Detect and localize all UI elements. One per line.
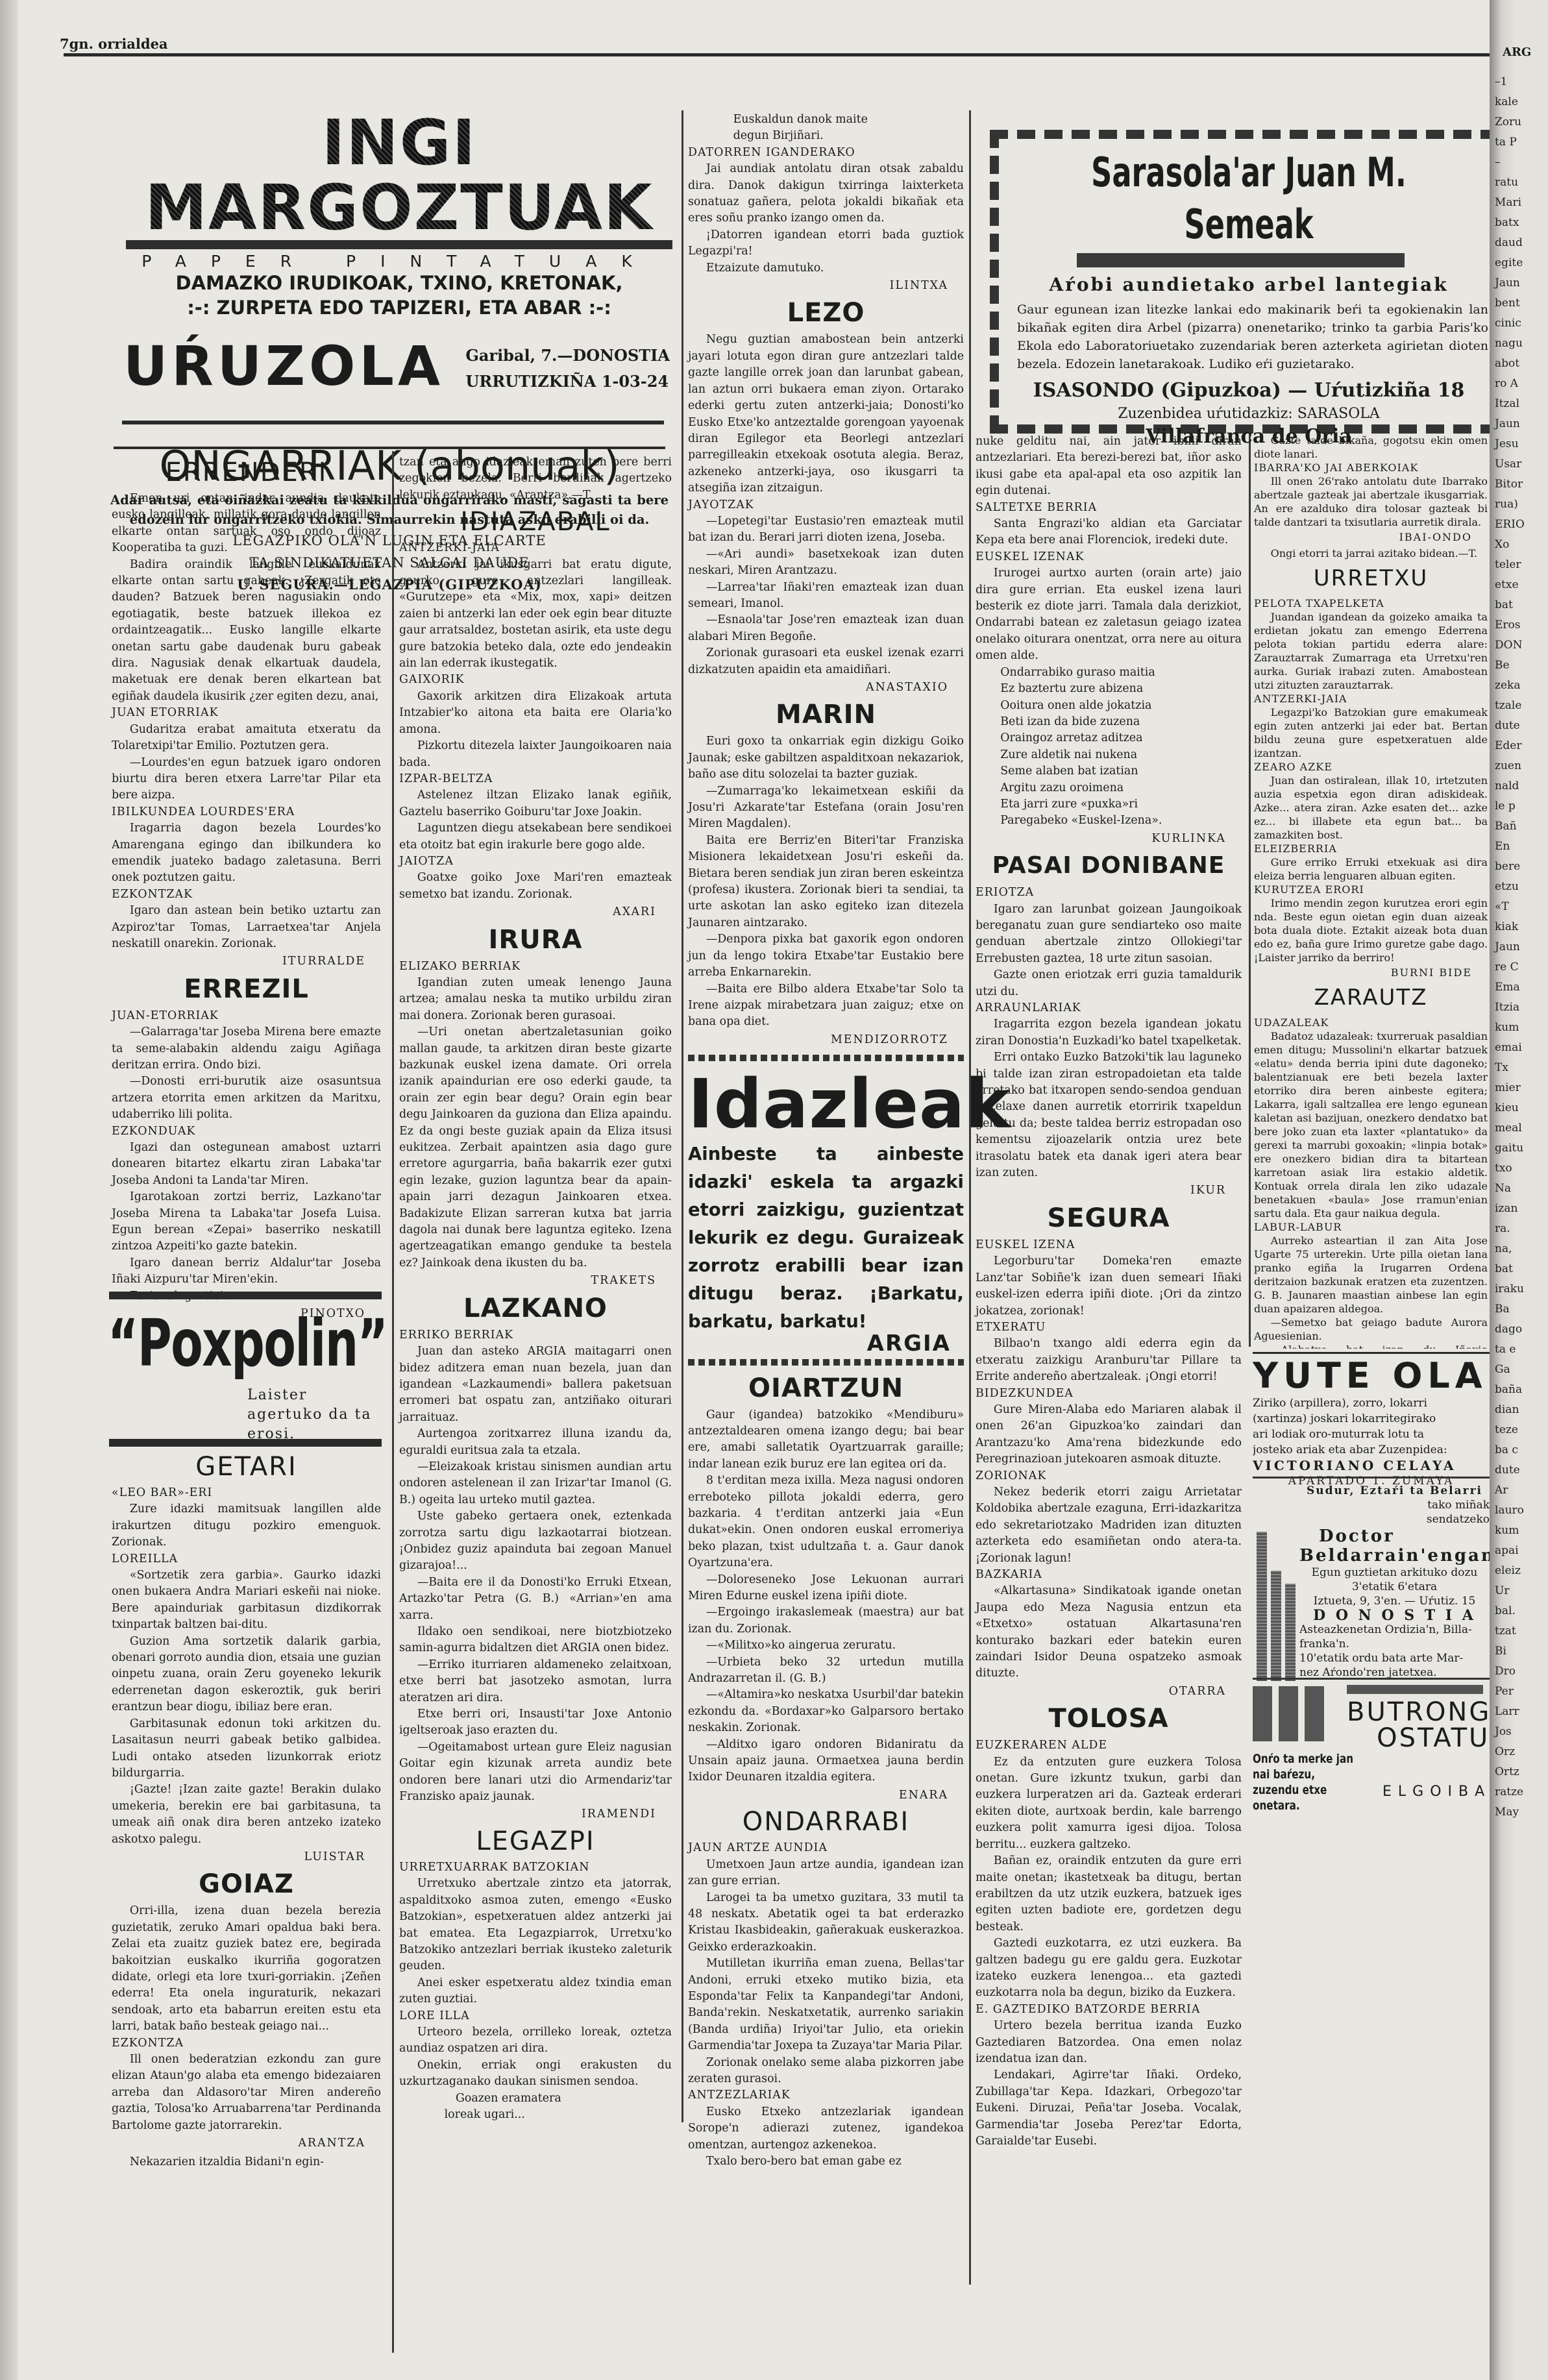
ad-rule [1253,1352,1490,1354]
next-page-text-fragment: rua) [1490,495,1548,515]
article-paragraph: Uste gabeko gertaera onek, eztenkada zor… [399,1508,672,1575]
article-subheading: IZPAR-BELTZA [399,771,672,787]
ad-doctor-line: Asteazkenetan Ordizia'n, Billa- [1299,1623,1490,1637]
article-subheading: LORE ILLA [399,2008,672,2024]
notice-idazleak-title: Idazleak [688,1068,964,1140]
next-page-text-fragment: –1 [1490,72,1548,92]
next-page-text-fragment: Be [1490,656,1548,676]
article-paragraph: Gazte talde bikaña, gogotsu ekin omen di… [1254,434,1488,461]
article-subheading: BAZKARIA [976,1567,1242,1583]
article-paragraph: —Erriko iturriaren aldameneko zelaitxoan… [399,1657,672,1706]
ad-margoztuak-line: DAMAZKO IRUDIKOAK, TXINO, KRETONAK, [123,271,675,295]
next-page-text-fragment: cinic [1490,313,1548,334]
article-paragraph: ¡Gazte! ¡Izan zaite gazte! Berakin dulak… [112,1782,381,1848]
article-paragraph: Ez da entzuten gure euzkera Tolosa oneta… [976,1754,1242,1853]
next-page-text-fragment: Jaun [1490,414,1548,434]
article-subheading: ANTZEZLARIAK [688,2087,964,2104]
article-subheading: BIDEZKUNDEA [976,1386,1242,1402]
article-subheading: JUAN-ETORRIAK [112,1008,381,1024]
ad-margoztuak-line: :-: ZURPETA EDO TAPIZERI, ETA ABAR :-: [123,295,675,320]
article-subheading: EUSKEL IZENA [976,1237,1242,1253]
article-paragraph: —Zumarraga'ko lekaimetxean eskiñi da Jos… [688,783,964,833]
section-rule [122,421,664,424]
next-page-text-fragment: nald [1490,776,1548,796]
article-paragraph: —Lopetegi'tar Eustasio'ren emazteak muti… [688,513,964,546]
column-2: tzan eta ango idazleak eman zuten bere b… [399,454,672,2123]
next-page-text-fragment: ta e [1490,1340,1548,1360]
article-paragraph: —Larrea'tar Iñaki'ren emazteak izan duan… [688,580,964,613]
next-page-text-fragment: Bañ [1490,816,1548,837]
next-page-text-fragment: Bi [1490,1641,1548,1662]
article-paragraph: Goatxe goiko Joxe Mari'ren emazteak seme… [399,870,672,903]
article-paragraph: Jai aundiak antolatu diran otsak zabaldu… [688,161,964,227]
article-paragraph: Umetxoen Jaun artze aundia, igandean iza… [688,1857,964,1890]
article-paragraph: —Galarraga'tar Joseba Mirena bere emazte… [112,1024,381,1073]
ad-poxpolin-text: Laister agertuko da ta erosi. [247,1386,384,1444]
next-page-text-fragment: ra. [1490,1219,1548,1239]
next-page-text-fragment: le p [1490,796,1548,816]
ad-sarasola-text: Gaur egunean izan litezke lankai edo mak… [999,295,1499,377]
article-paragraph: Anei esker espetxeratu aldez txindia ema… [399,1975,672,2008]
ad-doctor-line: franka'n. [1299,1637,1490,1651]
article-title-errezil: ERREZIL [112,973,381,1005]
ad-doctor-line: Sudur, Eztaŕi ta Belarri [1299,1484,1490,1498]
next-page-text-fragment: Ortz [1490,1762,1548,1782]
article-paragraph: Igarotakoan zortzi berriz, Lazkano'tar J… [112,1189,381,1255]
article-subheading: GAIXORIK [399,672,672,688]
ad-yute-line: ari lodiak oro-muturrak lotu ta [1253,1427,1490,1442]
next-page-text-fragment: Usar [1490,454,1548,474]
article-paragraph: Gure erriko Erruki etxekuak asi dira ele… [1254,855,1488,883]
column-divider [392,451,394,2353]
article-paragraph: —Ogeitamabost urtean gure Eleiz nagusian… [399,1739,672,1806]
article-paragraph: Mutilletan ikurriña eman zuena, Bellas't… [688,1956,964,2054]
article-title-zarautz: ZARAUTZ [1254,982,1488,1013]
article-subheading: EUZKERAREN ALDE [976,1737,1242,1754]
decorative-bar [1347,1685,1483,1694]
ad-doctor-city: D O N O S T I A [1299,1608,1490,1623]
ad-doctor-line: sendatzeko [1299,1512,1490,1527]
ad-sarasola-address: ISASONDO (Gipuzkoa) — Uŕutizkiña 18 [999,377,1499,404]
decorative-bar [109,1292,382,1299]
next-page-text-fragment: kale [1490,92,1548,112]
article-paragraph: Zorionak onelako seme alaba pizkorren ja… [688,2055,964,2088]
column-divider [682,110,683,2122]
next-page-text-fragment: bat [1490,1259,1548,1279]
next-page-text-fragment: baña [1490,1380,1548,1400]
article-paragraph: Urretxuko abertzale zintzo eta jatorrak,… [399,1876,672,1974]
next-page-text-fragment: Jaun [1490,937,1548,957]
article-paragraph: —Denpora pixka bat gaxorik egon ondoren … [688,931,964,981]
article-subheading: KURUTZEA ERORI [1254,883,1488,896]
next-page-text-fragment: zuen [1490,756,1548,776]
article-subheading: EZKONDUAK [112,1123,381,1140]
article-signature: AXARI [399,904,656,920]
next-page-text-fragment: Itzal [1490,394,1548,414]
article-paragraph: Erri ontako Euzko Batzoki'tik lau lagune… [976,1049,1242,1181]
article-paragraph: Badira oraindik langille euskaldunak elk… [112,557,381,705]
page-spine-shadow [0,0,18,2380]
next-page-text-fragment: ratu [1490,173,1548,193]
article-paragraph: 8 t'erditan meza ixilla. Meza nagusi ond… [688,1473,964,1571]
next-page-text-fragment: bal. [1490,1601,1548,1621]
article-subheading: ARRAUNLARIAK [976,1000,1242,1016]
article-paragraph: —Lourdes'en egun batzuek igaro ondoren b… [112,755,381,804]
next-page-text-fragment: batx [1490,213,1548,233]
article-paragraph: Baita ere Berriz'en Biteri'tar Franziska… [688,833,964,931]
article-paragraph: Nekez bederik etorri zaigu Arrietatar Ko… [976,1484,1242,1567]
article-signature: ENARA [688,1787,948,1804]
ad-butrongo-ostatua: BUTRONGO OSTATUA Onŕo ta merke jan nai b… [1253,1678,1490,1758]
ad-margoztuak-brand: UŔUZOLA [123,334,444,398]
next-page-text-fragment: Na [1490,1179,1548,1199]
newspaper-page: 7gn. orrialdea INGI MARGOZTUAK PAPER PIN… [0,0,1493,2380]
article-signature: IBAI-ONDO [1254,530,1472,544]
article-paragraph: —Uri onetan abertzaletasunian goiko mall… [399,1024,672,1271]
next-page-text-fragment: Tx [1490,1058,1548,1078]
next-page-text-fragment: Dro [1490,1662,1548,1682]
article-signature: OTARRA [976,1684,1226,1700]
article-paragraph: «Alkartasuna» Sindikatoak igande onetan … [976,1583,1242,1682]
article-paragraph: Irimo mendin zegon kurutzea erori egin n… [1254,896,1488,964]
article-paragraph: Garbitasunak edonun toki arkitzen du. La… [112,1716,381,1782]
article-subheading: ERRIKO BERRIAK [399,1327,672,1343]
article-paragraph: Zorionak gurasoari eta euskel izenak eza… [688,645,964,678]
next-page-text-fragment: May [1490,1802,1548,1822]
decorative-wave-rule [688,1359,964,1366]
address-line: Garibal, 7.—DONOSTIA [465,343,670,369]
next-page-text-fragment: Ga [1490,1360,1548,1380]
notice-idazleak-body: Ainbeste ta ainbeste idazki' eskela ta a… [688,1140,964,1336]
ad-doctor-line: 10'etatik ordu bata arte Mar- [1299,1651,1490,1665]
ad-yute-olak: YUTE OLAK Ziriko (arpillera), zorro, lok… [1253,1352,1490,1489]
decorative-wave-rule [688,1055,964,1061]
next-page-text-fragment: Eros [1490,615,1548,635]
article-subheading: ANTZERKI-JAIA [1254,692,1488,705]
article-signature: LUISTAR [112,1849,365,1865]
verse-line: Oraingoz arretaz aditzea [976,730,1242,746]
header-rule [64,53,1492,56]
ad-butron-title: BUTRONGO OSTATUA [1347,1699,1514,1751]
ad-sarasola: Sarasola'ar Juan M. Semeak Aŕobi aundiet… [990,130,1499,434]
poem: Ondarrabiko guraso maitiaEz baztertu zur… [976,665,1242,829]
article-subheading: ERIOTZA [976,885,1242,901]
article-paragraph: Etzaizute damutuko. [688,260,964,276]
article-paragraph: Legorburu'tar Domeka'ren emazte Lanz'tar… [976,1253,1242,1319]
page-number-header: 7gn. orrialdea [60,36,168,52]
article-paragraph: —Alabatxo bat izan du Iñaxio Barrenetxea… [1254,1343,1488,1349]
ad-butron-location: ELGOIBAR [1382,1784,1507,1800]
article-paragraph: Gaxorik arkitzen dira Elizakoak artuta I… [399,689,672,738]
article-title-lezo: LEZO [688,297,964,329]
article-title-goiaz: GOIAZ [112,1868,381,1900]
next-page-text-fragment: na, [1490,1239,1548,1259]
article-subheading: UDAZALEAK [1254,1016,1488,1029]
article-paragraph: Igaro danean berriz Aldalur'tar Joseba I… [112,1255,381,1288]
article-subheading: «LEO BAR»-ERI [112,1485,381,1501]
article-paragraph: —Eleizakoak kristau sinismen aundian art… [399,1459,672,1508]
next-page-text-fragment: emai [1490,1038,1548,1058]
next-page-text-fragment: bat [1490,595,1548,615]
column-divider [1249,428,1251,1347]
next-page-text-fragment: apai [1490,1541,1548,1561]
column-5: Gazte talde bikaña, gogotsu ekin omen di… [1254,434,1488,1349]
article-signature: BURNI BIDE [1254,966,1472,979]
next-page-edge: ARG –1kaleZoruta P–ratuMaribatxdaudegite… [1490,0,1548,2380]
article-paragraph: —«Altamira»ko neskatxa Usurbil'dar batek… [688,1687,964,1736]
article-subheading: E. GAZTEDIKO BATZORDE BERRIA [976,2002,1242,2018]
article-paragraph: —Baita ere Bilbo aldera Etxabe'tar Solo … [688,981,964,1031]
article-subheading: LOREILLA [112,1551,381,1567]
next-page-text-fragment: bere [1490,857,1548,877]
next-page-text-fragment: dian [1490,1400,1548,1420]
ad-margoztuak-spaced: PAPER PINTATUAK [123,252,675,271]
next-page-text-fragment: daud [1490,233,1548,253]
article-paragraph: Pizkortu ditezela laixter Jaungoikoaren … [399,738,672,771]
article-paragraph: Igaro zan larunbat goizean Jaungoikoak b… [976,902,1242,968]
article-paragraph: nuke gelditu nai, ain jator ibilli diran… [976,434,1242,500]
next-page-text-fragment: Mari [1490,193,1548,213]
ad-doctor-line: tako miñak [1299,1498,1490,1512]
article-signature: MENDIZORROTZ [688,1032,948,1048]
article-paragraph: Aurreko asteartian il zan Aita Jose Ugar… [1254,1234,1488,1316]
article-paragraph: Emen uri ontan indar aundia daukate eusk… [112,491,381,557]
next-page-text-fragment: ba c [1490,1440,1548,1460]
next-page-text-fragment: ta P [1490,132,1548,153]
decorative-bar [109,1439,382,1447]
article-signature: ARANTZA [112,2135,365,2152]
verse-line: Euskaldun danok maite [688,112,964,128]
article-subheading: EUSKEL IZENAK [976,549,1242,565]
next-page-text-fragment: ro A [1490,374,1548,394]
article-paragraph: Igazi dan ostegunean amabost uztarri don… [112,1140,381,1189]
next-page-text-fragment: etxe [1490,575,1548,595]
article-signature: KURLINKA [976,831,1226,847]
next-page-text-fragment: Larr [1490,1702,1548,1722]
article-paragraph: Lendakari, Agirre'tar Iñaki. Ordeko, Zub… [976,2067,1242,2150]
article-paragraph: Bañan ez, oraindik entzuten da gure erri… [976,1853,1242,1935]
article-title-errenderi: ERRENDERI [112,457,381,488]
article-signature: ANASTAXIO [688,680,948,696]
article-subheading: JUAN ETORRIAK [112,705,381,721]
next-page-text-fragment: re C [1490,957,1548,977]
verse-line: Ez baztertu zure abizena [976,681,1242,697]
verse-line: Paregabeko «Euskel-Izena». [976,813,1242,829]
next-page-text-fragment: zeka [1490,676,1548,696]
next-page-text-fragment: gaitu [1490,1138,1548,1159]
article-title-segura: SEGURA [976,1202,1242,1234]
next-page-text-fragment: «T [1490,897,1548,917]
article-paragraph: Igandian zuten umeak lenengo Jauna artze… [399,975,672,1024]
next-page-text-fragment: abot [1490,354,1548,374]
next-page-text-fragment: kum [1490,1521,1548,1541]
article-paragraph: Badatoz udazaleak: txurreruak pasaldian … [1254,1029,1488,1220]
article-paragraph: Guzion Ama sortzetik dalarik garbia, obe… [112,1634,381,1716]
column-1: ERRENDERI Emen uri ontan indar aundia da… [112,454,381,1325]
next-page-text-fragment: – [1490,153,1548,173]
article-paragraph: Laguntzen diegu atsekabean bere sendikoe… [399,820,672,853]
article-subheading: IBARRA'KO JAI ABERKOIAK [1254,461,1488,474]
decorative-bars [1257,1486,1296,1551]
next-page-text-fragment: kiak [1490,917,1548,937]
next-page-text-fragment: etzu [1490,877,1548,897]
article-paragraph: Zure idazki mamitsuak langillen alde ira… [112,1501,381,1551]
column-divider [969,110,971,2285]
verse-line: Ondarrabiko guraso maitia [976,665,1242,681]
ad-sarasola-title: Sarasola'ar Juan M. Semeak [1069,147,1429,251]
article-paragraph: ¡Datorren igandean etorri bada guztiok L… [688,227,964,260]
ad-doctor-name: Beldarrain'engana [1299,1546,1490,1565]
next-page-text-fragment: Ema [1490,977,1548,998]
article-paragraph: —«Ari aundi» basetxekoak izan duten nesk… [688,546,964,580]
article-paragraph: Antzerki jai ikusgarri bat eratu digute,… [399,557,672,672]
article-paragraph: Juan dan ostiralean, illak 10, irtetzute… [1254,774,1488,842]
article-paragraph: Juandan igandean da goizeko amaika ta er… [1254,610,1488,692]
next-page-text-fragment: tzale [1490,696,1548,716]
ad-butron-title-line: BUTRONGO [1347,1699,1514,1725]
ad-yute-line: (xartinza) joskari lokarritegirako [1253,1411,1490,1427]
article-paragraph: —Semetxo bat geiago badute Aurora Aguesi… [1254,1316,1488,1343]
article-paragraph: Gaur (igandea) batzokiko «Mendiburu» ant… [688,1407,964,1473]
ad-margoztuak: INGI MARGOZTUAK PAPER PINTATUAK DAMAZKO … [123,110,675,435]
next-page-text-fragment: En [1490,837,1548,857]
verse-line: Ooitura onen alde jokatzia [976,698,1242,714]
next-page-text-fragment: dute [1490,1460,1548,1480]
next-page-fragments: –1kaleZoruta P–ratuMaribatxdaudegiteJaun… [1490,72,1548,1822]
article-signature: ITURRALDE [112,953,365,970]
next-page-text-fragment: egite [1490,253,1548,273]
next-page-text-fragment: nagu [1490,334,1548,354]
ad-yute-line: josteko ariak eta abar Zuzenpidea: [1253,1442,1490,1458]
article-signature: TRAKETS [399,1273,656,1289]
decorative-bars [1253,1686,1324,1741]
article-paragraph: Igaro dan astean bein betiko uztartu zan… [112,903,381,952]
next-page-text-fragment: kieu [1490,1098,1548,1118]
article-paragraph: Orri-illa, izena duan bezela berezia guz… [112,1903,381,2035]
article-paragraph: Iragarrita ezgon bezela igandean jokatu … [976,1016,1242,1049]
article-subheading: ELEIZBERRIA [1254,842,1488,855]
article-title-oiartzun: OIARTZUN [688,1372,964,1405]
next-page-text-fragment: eleiz [1490,1561,1548,1581]
next-page-text-fragment: izan [1490,1199,1548,1219]
section-rule [114,447,665,449]
column-3: Euskaldun danok maite degun Birjiñari. D… [688,112,964,2170]
next-page-header: ARG [1490,0,1548,72]
ad-butron-slogan: Onŕo ta merke jan nai baŕezu, zuzendu et… [1253,1751,1357,1813]
ad-yute-name: VICTORIANO CELAYA [1253,1458,1490,1473]
next-page-text-fragment: teze [1490,1420,1548,1440]
article-paragraph: Euri goxo ta onkarriak egin dizkigu Goik… [688,733,964,783]
article-paragraph: Urtero bezela berritua izanda Euzko Gazt… [976,2018,1242,2067]
article-title-urretxu: URRETXU [1254,563,1488,594]
next-page-text-fragment: Zoru [1490,112,1548,132]
notice-idazleak-signature: ARGIA [688,1336,951,1352]
article-subheading: EZKONTZA [112,2035,381,2052]
column-1-lower: GETARI «LEO BAR»-ERI Zure idazki mamitsu… [112,1449,381,2171]
article-paragraph: Ongi etorri ta jarrai azitako bidean.—T. [1254,546,1488,560]
next-page-text-fragment: Ur [1490,1581,1548,1601]
article-paragraph: —Donosti erri-burutik aize osasuntsua ar… [112,1073,381,1123]
article-subheading: URRETXUARRAK BATZOKIAN [399,1859,672,1876]
next-page-text-fragment: Bitor [1490,474,1548,495]
article-paragraph: Gazte onen eriotzak erri guzia tamalduri… [976,967,1242,1000]
article-subheading: JAUN ARTZE AUNDIA [688,1840,964,1856]
next-page-text-fragment: dago [1490,1319,1548,1340]
next-page-text-fragment: tzat [1490,1621,1548,1641]
article-title-getari: GETARI [112,1451,381,1482]
article-title-tolosa: TOLOSA [976,1702,1242,1735]
article-title-legazpi: LEGAZPI [399,1826,672,1857]
next-page-text-fragment: mier [1490,1078,1548,1098]
ad-doctor-line: Egun guztietan arkituko dozu [1299,1565,1490,1580]
next-page-text-fragment: Itzia [1490,998,1548,1018]
article-title-irura: IRURA [399,924,672,956]
article-paragraph: Negu guztian amabostean bein antzerki ja… [688,332,964,497]
next-page-text-fragment: Xo [1490,535,1548,555]
article-paragraph: Larogei ta ba umetxo guzitara, 33 mutil … [688,1890,964,1956]
article-subheading: ETXERATU [976,1319,1242,1336]
article-paragraph: Santa Engrazi'ko aldian eta Garciatar Ke… [976,516,1242,549]
article-title-ondarrabi: ONDARRABI [688,1806,964,1837]
article-title-lazkano: LAZKANO [399,1292,672,1325]
article-subheading: SALTETXE BERRIA [976,500,1242,516]
next-page-text-fragment: ERIO [1490,515,1548,535]
verse-line: Argitu zazu oroimena [976,780,1242,796]
article-paragraph: Irurogei aurtxo aurten (orain arte) jaio… [976,565,1242,664]
ad-sarasola-address: Zuzenbidea uŕutidazkiz: SARASOLA [999,404,1499,424]
article-paragraph: Urteoro bezela, orrilleko loreak, oztetz… [399,2024,672,2057]
next-page-text-fragment: Jesu [1490,434,1548,454]
article-subheading: ZEARO AZKE [1254,760,1488,774]
article-paragraph: Gudaritza erabat amaituta etxeratu da To… [112,722,381,755]
article-paragraph: —Ergoingo irakaslemeak (maestra) aur bat… [688,1604,964,1638]
article-paragraph: Ill onen bederatzian ezkondu zan gure el… [112,2052,381,2134]
article-paragraph: Nekazarien itzaldia Bidani'n egin- [112,2154,381,2170]
next-page-text-fragment: Ba [1490,1299,1548,1319]
next-page-text-fragment: Orz [1490,1742,1548,1762]
next-page-text-fragment: iraku [1490,1279,1548,1299]
article-paragraph: Juan dan asteko ARGIA maitagarri onen bi… [399,1343,672,1426]
article-paragraph: Ildako oen sendikoai, nere biotzbiotzeko… [399,1624,672,1657]
notice-idazleak: Idazleak Ainbeste ta ainbeste idazki' es… [688,1055,964,1365]
next-page-text-fragment: Eder [1490,736,1548,756]
column-4: nuke gelditu nai, ain jator ibilli diran… [976,434,1242,2150]
article-paragraph: Gure Miren-Alaba edo Mariaren alabak il … [976,1402,1242,1468]
ad-sarasola-subtitle: Aŕobi aundietako arbel lantegiak [999,274,1499,295]
article-title-idiazabal: IDIAZABAL [399,506,672,537]
next-page-text-fragment: kum [1490,1018,1548,1038]
article-subheading: IBILKUNDEA LOURDES'ERA [112,804,381,820]
ad-poxpolin: “Poxpolin” Laister agertuko da ta erosi. [108,1308,361,1431]
article-subheading: JAIOTZA [399,853,672,870]
verse-line: Seme alaben bat izatian [976,763,1242,779]
ad-margoztuak-address: Garibal, 7.—DONOSTIA URRUTIZKIÑA 1-03-24 [465,343,670,395]
verse-line: Goazen eramatera [399,2091,672,2107]
article-paragraph: Legazpi'ko Batzokian gure emakumeak egin… [1254,705,1488,760]
article-signature: ILINTXA [688,278,948,294]
article-subheading: DATORREN IGANDERAKO [688,145,964,161]
article-paragraph: —Alditxo igaro ondoren Bidaniratu da Uns… [688,1737,964,1786]
verse-line: Eta jarri zure «puxka»ri [976,796,1242,813]
ad-poxpolin-logo: “Poxpolin” [108,1308,290,1379]
next-page-text-fragment: bent [1490,293,1548,313]
article-paragraph: «Sortzetik zera garbia». Gaurko idazki o… [112,1567,381,1634]
article-subheading: ZORIONAK [976,1468,1242,1484]
verse-line: Zure aldetik nai nukena [976,747,1242,763]
article-paragraph: —«Militxo»ko aingerua zeruratu. [688,1638,964,1654]
article-subheading: EZKONTZAK [112,887,381,903]
article-paragraph: —Baita ere il da Donosti'ko Erruki Etxea… [399,1575,672,1624]
